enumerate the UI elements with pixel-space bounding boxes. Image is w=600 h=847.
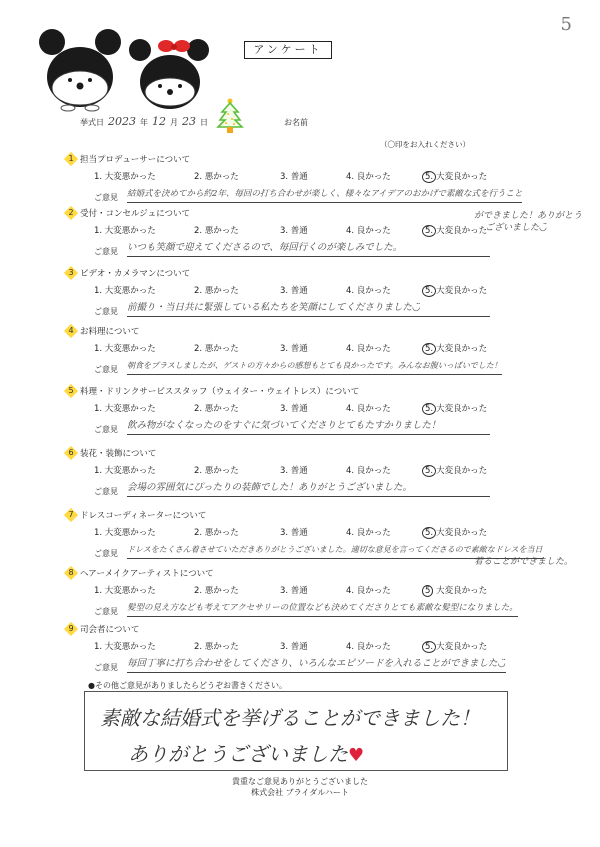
comment-label: ご意見 xyxy=(94,424,127,435)
option-4[interactable]: 4. 良かった xyxy=(346,584,422,596)
option-1[interactable]: 1. 大変悪かった xyxy=(94,224,194,236)
option-3[interactable]: 3. 普通 xyxy=(280,584,346,596)
option-2[interactable]: 2. 悪かった xyxy=(194,284,280,296)
diamond-bullet-icon: 3 xyxy=(64,266,78,280)
date-year: 2023 xyxy=(108,115,136,128)
rating-options: 1. 大変悪かった 2. 悪かった 3. 普通 4. 良かった 5.大変良かった xyxy=(94,401,564,415)
option-4[interactable]: 4. 良かった xyxy=(346,170,422,182)
option-1[interactable]: 1. 大変悪かった xyxy=(94,342,194,354)
ceremony-date: 挙式日 2023 年 12 月 23 日 xyxy=(80,115,208,128)
option-4[interactable]: 4. 良かった xyxy=(346,526,422,538)
rating-options: 1. 大変悪かった 2. 悪かった 3. 普通 4. 良かった 5.大変良かった xyxy=(94,223,564,237)
option-1[interactable]: 1. 大変悪かった xyxy=(94,402,194,414)
mickey-icon xyxy=(39,29,121,111)
diamond-bullet-icon: 6 xyxy=(64,446,78,460)
option-4[interactable]: 4. 良かった xyxy=(346,402,422,414)
option-4[interactable]: 4. 良かった xyxy=(346,284,422,296)
comment-label: ご意見 xyxy=(94,662,127,673)
question-title: ビデオ・カメラマンについて xyxy=(80,267,190,279)
question-4: 4お料理について 1. 大変悪かった 2. 悪かった 3. 普通 4. 良かった… xyxy=(64,324,564,375)
comment-label: ご意見 xyxy=(94,364,127,375)
diamond-bullet-icon: 8 xyxy=(64,566,78,580)
year-label: 年 xyxy=(140,117,148,128)
diamond-bullet-icon: 4 xyxy=(64,324,78,338)
minnie-icon xyxy=(129,39,209,109)
comment-field[interactable]: 朝食をプラスしましたが、ゲストの方々からの感想もとても良かったです。みんなお腹い… xyxy=(127,359,502,375)
option-3[interactable]: 3. 普通 xyxy=(280,170,346,182)
option-2[interactable]: 2. 悪かった xyxy=(194,170,280,182)
rating-options: 1. 大変悪かった 2. 悪かった 3. 普通 4. 良かった 5.大変良かった xyxy=(94,283,564,297)
option-1[interactable]: 1. 大変悪かった xyxy=(94,526,194,538)
comment-field[interactable]: 毎回丁寧に打ち合わせをしてくださり、いろんなエピソードを入れることができました◡… xyxy=(127,657,506,673)
option-5-selected[interactable]: 5.大変良かった xyxy=(422,284,487,296)
option-4[interactable]: 4. 良かった xyxy=(346,342,422,354)
instruction-text: （〇印をお入れください） xyxy=(380,139,470,150)
month-label: 月 xyxy=(170,117,178,128)
heart-icon: ♥ xyxy=(348,745,364,766)
option-1[interactable]: 1. 大変悪かった xyxy=(94,640,194,652)
question-7: 7ドレスコーディネーターについて 1. 大変悪かった 2. 悪かった 3. 普通… xyxy=(64,508,564,559)
rating-options: 1. 大変悪かった 2. 悪かった 3. 普通 4. 良かった 5.大変良かった xyxy=(94,341,564,355)
footer-thanks: 貴重なご意見ありがとうございました xyxy=(0,776,600,787)
other-comment-line-2: ありがとうございました♥ xyxy=(128,738,364,767)
other-comments-label: ●その他ご意見がありましたらどうぞお書きください。 xyxy=(88,680,287,691)
christmas-tree-icon xyxy=(216,98,244,134)
rating-options: 1. 大変悪かった 2. 悪かった 3. 普通 4. 良かった 5.大変良かった xyxy=(94,525,564,539)
question-title: 装花・装飾について xyxy=(80,447,156,459)
other-comment-line-1: 素敵な結婚式を挙げることができました！ xyxy=(100,702,480,731)
comment-label: ご意見 xyxy=(94,246,127,257)
question-title: お料理について xyxy=(80,325,139,337)
date-day: 23 xyxy=(182,115,196,128)
question-title: 司会者について xyxy=(80,623,139,635)
question-8: 8ヘアーメイクアーティストについて 1. 大変悪かった 2. 悪かった 3. 普… xyxy=(64,566,564,617)
comment-field[interactable]: 髪型の見え方なども考えてアクセサリーの位置なども決めてくださりとても素敵な髪型に… xyxy=(127,601,518,617)
question-title: 担当プロデューサーについて xyxy=(80,153,190,165)
option-5-selected[interactable]: 5.大変良かった xyxy=(422,224,487,236)
option-5-selected[interactable]: 5.大変良かった xyxy=(422,342,487,354)
option-3[interactable]: 3. 普通 xyxy=(280,284,346,296)
option-3[interactable]: 3. 普通 xyxy=(280,402,346,414)
question-title: ヘアーメイクアーティストについて xyxy=(80,567,214,579)
option-2[interactable]: 2. 悪かった xyxy=(194,526,280,538)
comment-field[interactable]: いつも笑顔で迎えてくださるので、毎回行くのが楽しみでした。 xyxy=(127,241,490,257)
mascot-illustration-icon xyxy=(30,22,210,112)
rating-options: 1. 大変悪かった 2. 悪かった 3. 普通 4. 良かった 5.大変良かった xyxy=(94,639,564,653)
question-6: 6装花・装飾について 1. 大変悪かった 2. 悪かった 3. 普通 4. 良か… xyxy=(64,446,564,497)
diamond-bullet-icon: 1 xyxy=(64,152,78,166)
option-1[interactable]: 1. 大変悪かった xyxy=(94,464,194,476)
option-5-selected[interactable]: 5.大変良かった xyxy=(422,526,487,538)
question-9: 9司会者について 1. 大変悪かった 2. 悪かった 3. 普通 4. 良かった… xyxy=(64,622,564,673)
name-label: お名前 xyxy=(284,117,308,128)
footer-company: 株式会社 ブライダルハート xyxy=(0,787,600,798)
footer: 貴重なご意見ありがとうございました 株式会社 ブライダルハート xyxy=(0,776,600,798)
diamond-bullet-icon: 7 xyxy=(64,508,78,522)
option-2[interactable]: 2. 悪かった xyxy=(194,464,280,476)
comment-field[interactable]: 前撮り・当日共に緊張している私たちを笑顔にしてくださりました◡̈ xyxy=(127,301,490,317)
option-3[interactable]: 3. 普通 xyxy=(280,464,346,476)
comment-label: ご意見 xyxy=(94,606,127,617)
option-2[interactable]: 2. 悪かった xyxy=(194,402,280,414)
option-2[interactable]: 2. 悪かった xyxy=(194,640,280,652)
date-label: 挙式日 xyxy=(80,117,104,128)
option-4[interactable]: 4. 良かった xyxy=(346,224,422,236)
question-5: 5料理・ドリンクサービススタッフ（ウェイター・ウェイトレス）について 1. 大変… xyxy=(64,384,564,435)
page-number: 5 xyxy=(561,14,572,35)
option-4[interactable]: 4. 良かった xyxy=(346,640,422,652)
option-5-selected[interactable]: 5.大変良かった xyxy=(422,464,487,476)
question-2: 2受付・コンセルジュについて 1. 大変悪かった 2. 悪かった 3. 普通 4… xyxy=(64,206,564,257)
comment-label: ご意見 xyxy=(94,192,127,203)
option-5-selected[interactable]: 5.大変良かった xyxy=(422,640,487,652)
question-title: 受付・コンセルジュについて xyxy=(80,207,190,219)
rating-options: 1. 大変悪かった 2. 悪かった 3. 普通 4. 良かった 5.大変良かった xyxy=(94,463,564,477)
option-5-selected[interactable]: 5 大変良かった xyxy=(422,584,487,596)
comment-field[interactable]: 結婚式を決めてから約2年、毎回の打ち合わせが楽しく、様々なアイデアのおかげで素敵… xyxy=(127,187,522,203)
rating-options: 1. 大変悪かった 2. 悪かった 3. 普通 4. 良かった 5 大変良かった xyxy=(94,583,564,597)
option-1[interactable]: 1. 大変悪かった xyxy=(94,170,194,182)
option-3[interactable]: 3. 普通 xyxy=(280,224,346,236)
option-2[interactable]: 2. 悪かった xyxy=(194,224,280,236)
comment-label: ご意見 xyxy=(94,548,127,559)
page-title: アンケート xyxy=(244,41,332,59)
day-label: 日 xyxy=(200,117,208,128)
option-1[interactable]: 1. 大変悪かった xyxy=(94,584,194,596)
question-1: 1担当プロデューサーについて 1. 大変悪かった 2. 悪かった 3. 普通 4… xyxy=(64,152,564,203)
option-3[interactable]: 3. 普通 xyxy=(280,526,346,538)
option-5-selected[interactable]: 5.5. 大変良かった大変良かった xyxy=(422,170,487,182)
option-1[interactable]: 1. 大変悪かった xyxy=(94,284,194,296)
comment-label: ご意見 xyxy=(94,486,127,497)
option-5-selected[interactable]: 5.大変良かった xyxy=(422,402,487,414)
option-3[interactable]: 3. 普通 xyxy=(280,640,346,652)
option-2[interactable]: 2. 悪かった xyxy=(194,584,280,596)
date-month: 12 xyxy=(152,115,166,128)
rating-options: 1. 大変悪かった 2. 悪かった 3. 普通 4. 良かった 5.5. 大変良… xyxy=(94,169,564,183)
comment-field[interactable]: 会場の雰囲気にぴったりの装飾でした！ありがとうございました。 xyxy=(127,481,490,497)
question-3: 3ビデオ・カメラマンについて 1. 大変悪かった 2. 悪かった 3. 普通 4… xyxy=(64,266,564,317)
option-2[interactable]: 2. 悪かった xyxy=(194,342,280,354)
question-title: ドレスコーディネーターについて xyxy=(80,509,206,521)
comment-field[interactable]: 飲み物がなくなったのをすぐに気づいてくださりとてもたすかりました！ xyxy=(127,419,490,435)
option-4[interactable]: 4. 良かった xyxy=(346,464,422,476)
diamond-bullet-icon: 5 xyxy=(64,384,78,398)
question-title: 料理・ドリンクサービススタッフ（ウェイター・ウェイトレス）について xyxy=(80,385,359,397)
comment-label: ご意見 xyxy=(94,306,127,317)
option-3[interactable]: 3. 普通 xyxy=(280,342,346,354)
diamond-bullet-icon: 2 xyxy=(64,206,78,220)
diamond-bullet-icon: 9 xyxy=(64,622,78,636)
